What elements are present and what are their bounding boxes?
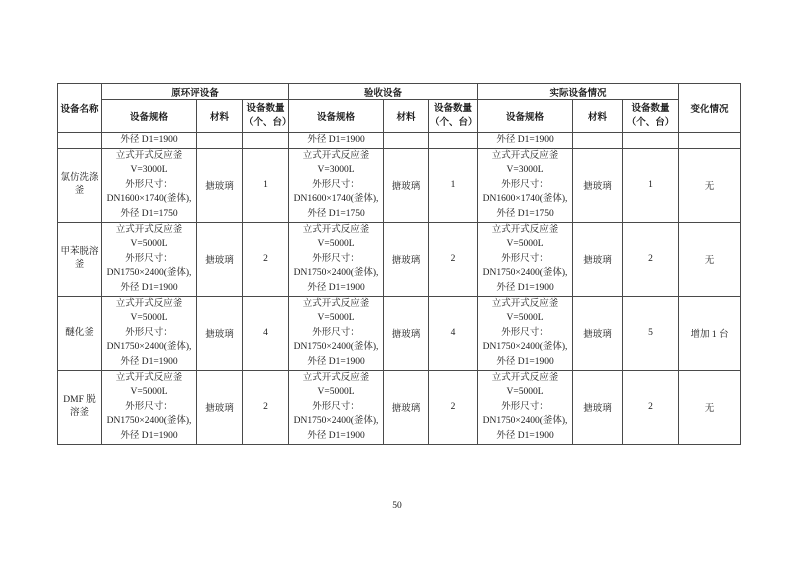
header-spec: 设备规格 [478,100,573,133]
cell-spec-acceptance: 立式开式反应釜 V=5000L 外形尺寸： DN1750×2400(釜体), 外… [289,370,384,444]
cell-qty-original: 4 [243,296,289,370]
cell-qty-acceptance: 2 [429,222,478,296]
cell-spec-original: 立式开式反应釜 V=3000L 外形尺寸： DN1600×1740(釜体), 外… [102,148,197,222]
header-quantity-line1: 设备数量 [624,102,677,116]
cell-qty-original: 1 [243,148,289,222]
cell-spec-actual: 立式开式反应釜 V=5000L 外形尺寸： DN1750×2400(釜体), 外… [478,296,573,370]
cell-equipment-name: 醚化釜 [58,296,102,370]
cell-qty-actual [623,133,679,149]
header-quantity-line2: （个、台） [430,116,476,130]
equipment-comparison-table: 设备名称 原环评设备 验收设备 实际设备情况 变化情况 设备规格 材料 设备数量… [57,83,741,445]
header-quantity-line1: 设备数量 [244,102,287,116]
cell-equipment-name: 氯仿洗涤釜 [58,148,102,222]
cell-qty-original: 2 [243,222,289,296]
header-group-actual: 实际设备情况 [478,84,679,100]
header-group-row: 设备名称 原环评设备 验收设备 实际设备情况 变化情况 [58,84,741,100]
cell-qty-original: 2 [243,370,289,444]
cell-spec-actual: 立式开式反应釜 V=5000L 外形尺寸： DN1750×2400(釜体), 外… [478,370,573,444]
header-quantity: 设备数量（个、台） [243,100,289,133]
header-quantity-line1: 设备数量 [430,102,476,116]
cell-spec-original: 立式开式反应釜 V=5000L 外形尺寸： DN1750×2400(釜体), 外… [102,222,197,296]
cell-equipment-name: 甲苯脱溶釜 [58,222,102,296]
cell-spec-acceptance: 立式开式反应釜 V=3000L 外形尺寸： DN1600×1740(釜体), 外… [289,148,384,222]
cell-material-actual: 搪玻璃 [573,222,623,296]
cell-change: 无 [679,370,741,444]
cell-qty-actual: 2 [623,222,679,296]
cell-material-original [197,133,243,149]
cell-material-original: 搪玻璃 [197,222,243,296]
table-row-continued: 外径 D1=1900 外径 D1=1900 外径 D1=1900 [58,133,741,149]
header-sub-row: 设备规格 材料 设备数量（个、台） 设备规格 材料 设备数量（个、台） 设备规格… [58,100,741,133]
header-quantity-line2: （个、台） [624,116,677,130]
cell-spec-original: 立式开式反应釜 V=5000L 外形尺寸： DN1750×2400(釜体), 外… [102,370,197,444]
cell-spec-actual: 立式开式反应釜 V=5000L 外形尺寸： DN1750×2400(釜体), 外… [478,222,573,296]
cell-material-actual: 搪玻璃 [573,296,623,370]
cell-material-acceptance: 搪玻璃 [384,222,429,296]
cell-spec-actual: 外径 D1=1900 [478,133,573,149]
table-row-dmf-desolvation-kettle: DMF 脱溶釜 立式开式反应釜 V=5000L 外形尺寸： DN1750×240… [58,370,741,444]
cell-qty-original [243,133,289,149]
cell-change: 无 [679,222,741,296]
cell-material-original: 搪玻璃 [197,370,243,444]
header-quantity: 设备数量（个、台） [623,100,679,133]
cell-spec-original: 外径 D1=1900 [102,133,197,149]
header-material: 材料 [384,100,429,133]
table-row-etherification-kettle: 醚化釜 立式开式反应釜 V=5000L 外形尺寸： DN1750×2400(釜体… [58,296,741,370]
header-change-status: 变化情况 [679,84,741,133]
cell-qty-acceptance: 4 [429,296,478,370]
header-group-original-eia: 原环评设备 [102,84,289,100]
cell-material-actual: 搪玻璃 [573,370,623,444]
header-spec: 设备规格 [102,100,197,133]
cell-qty-actual: 2 [623,370,679,444]
cell-material-acceptance: 搪玻璃 [384,370,429,444]
header-group-acceptance: 验收设备 [289,84,478,100]
cell-change [679,133,741,149]
cell-material-original: 搪玻璃 [197,148,243,222]
cell-spec-acceptance: 立式开式反应釜 V=5000L 外形尺寸： DN1750×2400(釜体), 外… [289,222,384,296]
cell-change: 无 [679,148,741,222]
cell-spec-acceptance: 立式开式反应釜 V=5000L 外形尺寸： DN1750×2400(釜体), 外… [289,296,384,370]
cell-change: 增加 1 台 [679,296,741,370]
table-row-chloroform-washing-kettle: 氯仿洗涤釜 立式开式反应釜 V=3000L 外形尺寸： DN1600×1740(… [58,148,741,222]
cell-qty-acceptance: 2 [429,370,478,444]
cell-material-acceptance [384,133,429,149]
cell-spec-original: 立式开式反应釜 V=5000L 外形尺寸： DN1750×2400(釜体), 外… [102,296,197,370]
page-number: 50 [0,501,794,511]
header-quantity: 设备数量（个、台） [429,100,478,133]
cell-spec-acceptance: 外径 D1=1900 [289,133,384,149]
cell-qty-acceptance: 1 [429,148,478,222]
cell-material-actual: 搪玻璃 [573,148,623,222]
cell-equipment-name: DMF 脱溶釜 [58,370,102,444]
header-spec: 设备规格 [289,100,384,133]
header-material: 材料 [197,100,243,133]
header-material: 材料 [573,100,623,133]
cell-equipment-name [58,133,102,149]
document-page: 设备名称 原环评设备 验收设备 实际设备情况 变化情况 设备规格 材料 设备数量… [0,0,800,565]
cell-qty-actual: 5 [623,296,679,370]
cell-qty-actual: 1 [623,148,679,222]
cell-material-actual [573,133,623,149]
table-row-toluene-desolvation-kettle: 甲苯脱溶釜 立式开式反应釜 V=5000L 外形尺寸： DN1750×2400(… [58,222,741,296]
cell-spec-actual: 立式开式反应釜 V=3000L 外形尺寸： DN1600×1740(釜体), 外… [478,148,573,222]
header-quantity-line2: （个、台） [244,116,287,130]
header-equipment-name: 设备名称 [58,84,102,133]
cell-material-original: 搪玻璃 [197,296,243,370]
cell-material-acceptance: 搪玻璃 [384,296,429,370]
cell-qty-acceptance [429,133,478,149]
cell-material-acceptance: 搪玻璃 [384,148,429,222]
